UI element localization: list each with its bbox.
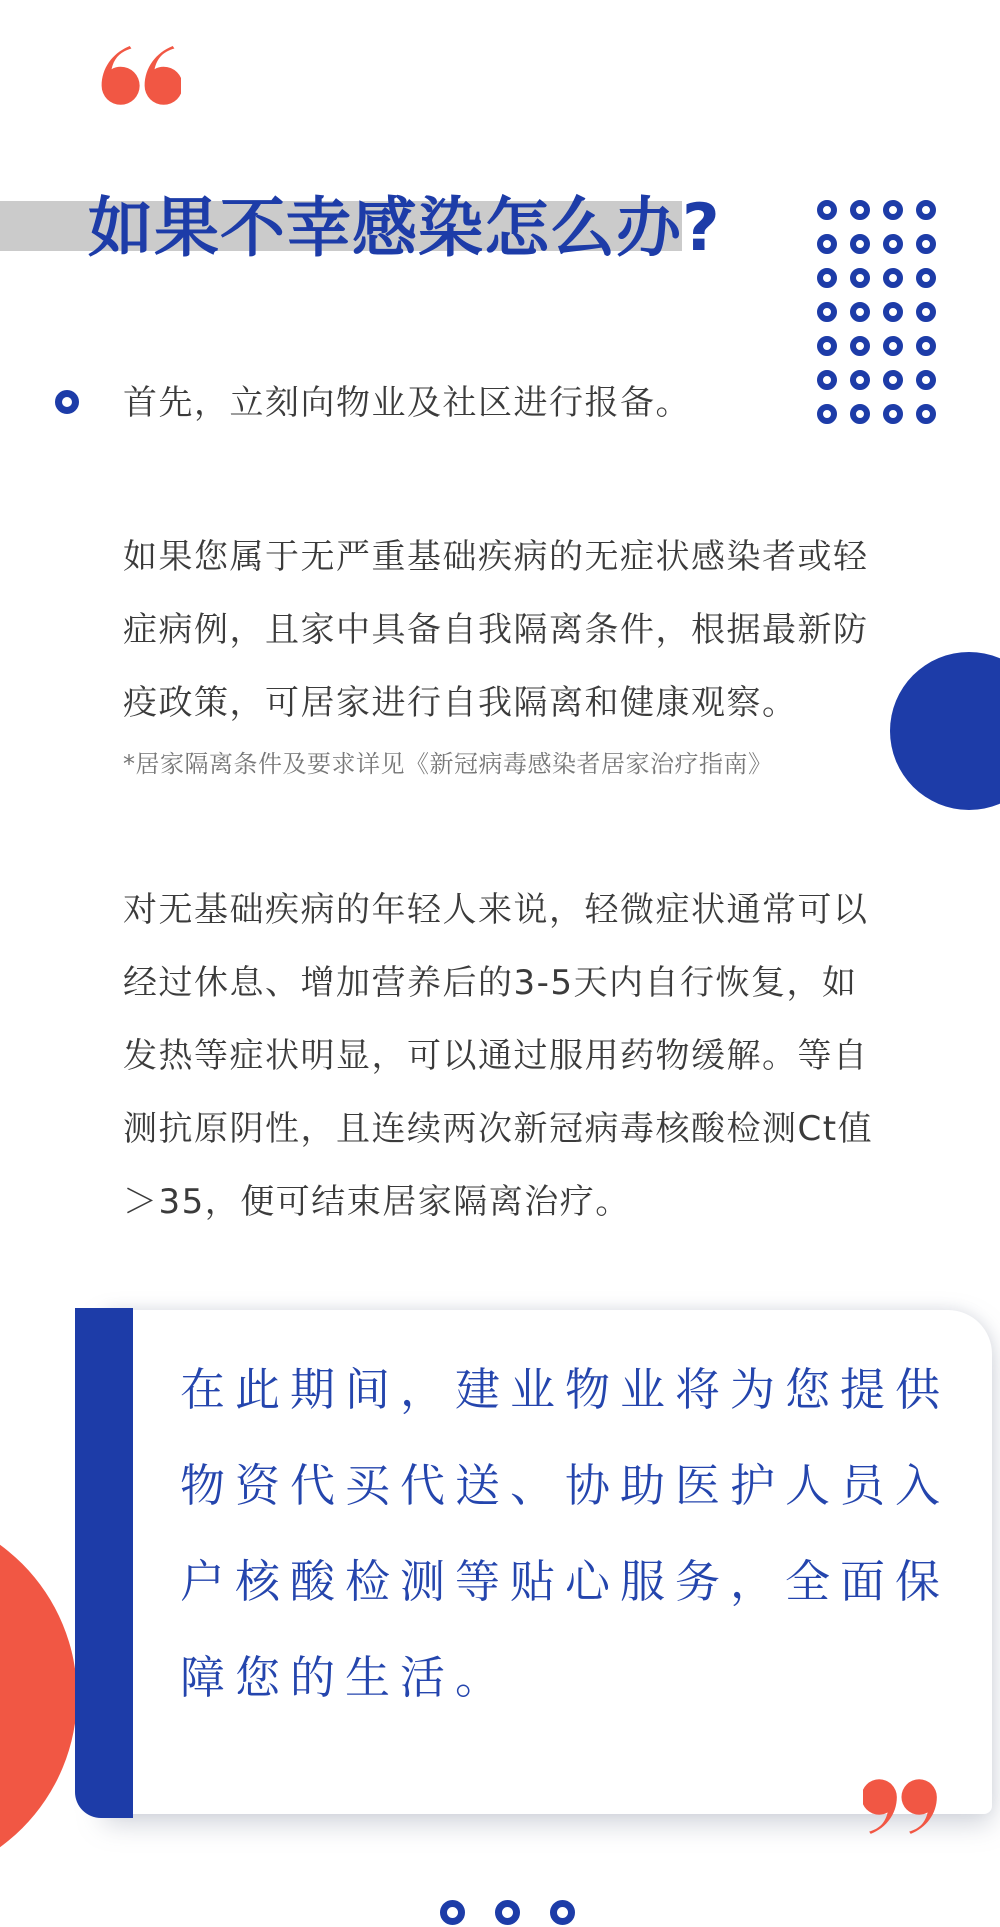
ring-dot-icon [850, 370, 870, 390]
card-accent-bar [75, 1308, 133, 1818]
text-line: 经过休息、增加营养后的3-5天内自行恢复，如 [123, 947, 873, 1020]
ring-dot-icon [883, 370, 903, 390]
ring-dot-icon [916, 200, 936, 220]
page-title: 如果不幸感染怎么办? [88, 192, 721, 267]
ring-dot-icon [916, 268, 936, 288]
bottom-dots-decoration [440, 1900, 575, 1925]
text-line: 发热等症状明显，可以通过服用药物缓解。等自 [123, 1020, 873, 1093]
blue-circle-decoration [890, 652, 1000, 810]
ring-dot-icon [817, 336, 837, 356]
ring-dot-icon [883, 404, 903, 424]
ring-dot-icon [916, 370, 936, 390]
ring-dot-icon [916, 302, 936, 322]
ring-dot-icon [550, 1900, 575, 1925]
footnote-home-quarantine: *居家隔离条件及要求详见《新冠病毒感染者居家治疗指南》 [123, 747, 773, 781]
text-line: 症病例，且家中具备自我隔离条件，根据最新防 [123, 594, 869, 667]
ring-dot-icon [883, 234, 903, 254]
text-line: 在此期间，建业物业将为您提供 [180, 1342, 950, 1438]
ring-dot-icon [817, 234, 837, 254]
dot-grid-decoration [817, 200, 936, 424]
ring-dot-icon [916, 336, 936, 356]
bullet-ring-icon [55, 390, 79, 414]
ring-dot-icon [850, 302, 870, 322]
ring-dot-icon [883, 268, 903, 288]
ring-dot-icon [850, 200, 870, 220]
ring-dot-icon [495, 1900, 520, 1925]
text-line: 测抗原阴性，且连续两次新冠病毒核酸检测Ct值 [123, 1093, 873, 1166]
ring-dot-icon [916, 404, 936, 424]
ring-dot-icon [817, 268, 837, 288]
ring-dot-icon [850, 336, 870, 356]
quote-close-icon [863, 1774, 943, 1840]
ring-dot-icon [817, 404, 837, 424]
red-circle-decoration [0, 1509, 77, 1883]
ring-dot-icon [883, 200, 903, 220]
ring-dot-icon [440, 1900, 465, 1925]
text-line: ＞35，便可结束居家隔离治疗。 [123, 1166, 873, 1239]
ring-dot-icon [817, 302, 837, 322]
ring-dot-icon [817, 200, 837, 220]
text-line: 如果您属于无严重基础疾病的无症状感染者或轻 [123, 521, 869, 594]
ring-dot-icon [850, 234, 870, 254]
ring-dot-icon [850, 268, 870, 288]
text-line: 户核酸检测等贴心服务，全面保 [180, 1534, 950, 1630]
ring-dot-icon [916, 234, 936, 254]
ring-dot-icon [817, 370, 837, 390]
quote-open-icon [95, 40, 181, 110]
ring-dot-icon [883, 302, 903, 322]
text-line: 障您的生活。 [180, 1630, 950, 1726]
text-line: 疫政策，可居家进行自我隔离和健康观察。 [123, 667, 869, 740]
service-card-text: 在此期间，建业物业将为您提供物资代买代送、协助医护人员入户核酸检测等贴心服务，全… [180, 1342, 950, 1726]
text-line: 对无基础疾病的年轻人来说，轻微症状通常可以 [123, 874, 873, 947]
intro-text: 首先，立刻向物业及社区进行报备。 [123, 379, 691, 427]
ring-dot-icon [883, 336, 903, 356]
text-line: 物资代买代送、协助医护人员入 [180, 1438, 950, 1534]
ring-dot-icon [850, 404, 870, 424]
poster-page: 如果不幸感染怎么办? 首先，立刻向物业及社区进行报备。 如果您属于无严重基础疾病… [0, 0, 1000, 1927]
paragraph-recovery: 对无基础疾病的年轻人来说，轻微症状通常可以经过休息、增加营养后的3-5天内自行恢… [123, 874, 873, 1239]
paragraph-home-quarantine: 如果您属于无严重基础疾病的无症状感染者或轻症病例，且家中具备自我隔离条件，根据最… [123, 521, 869, 740]
